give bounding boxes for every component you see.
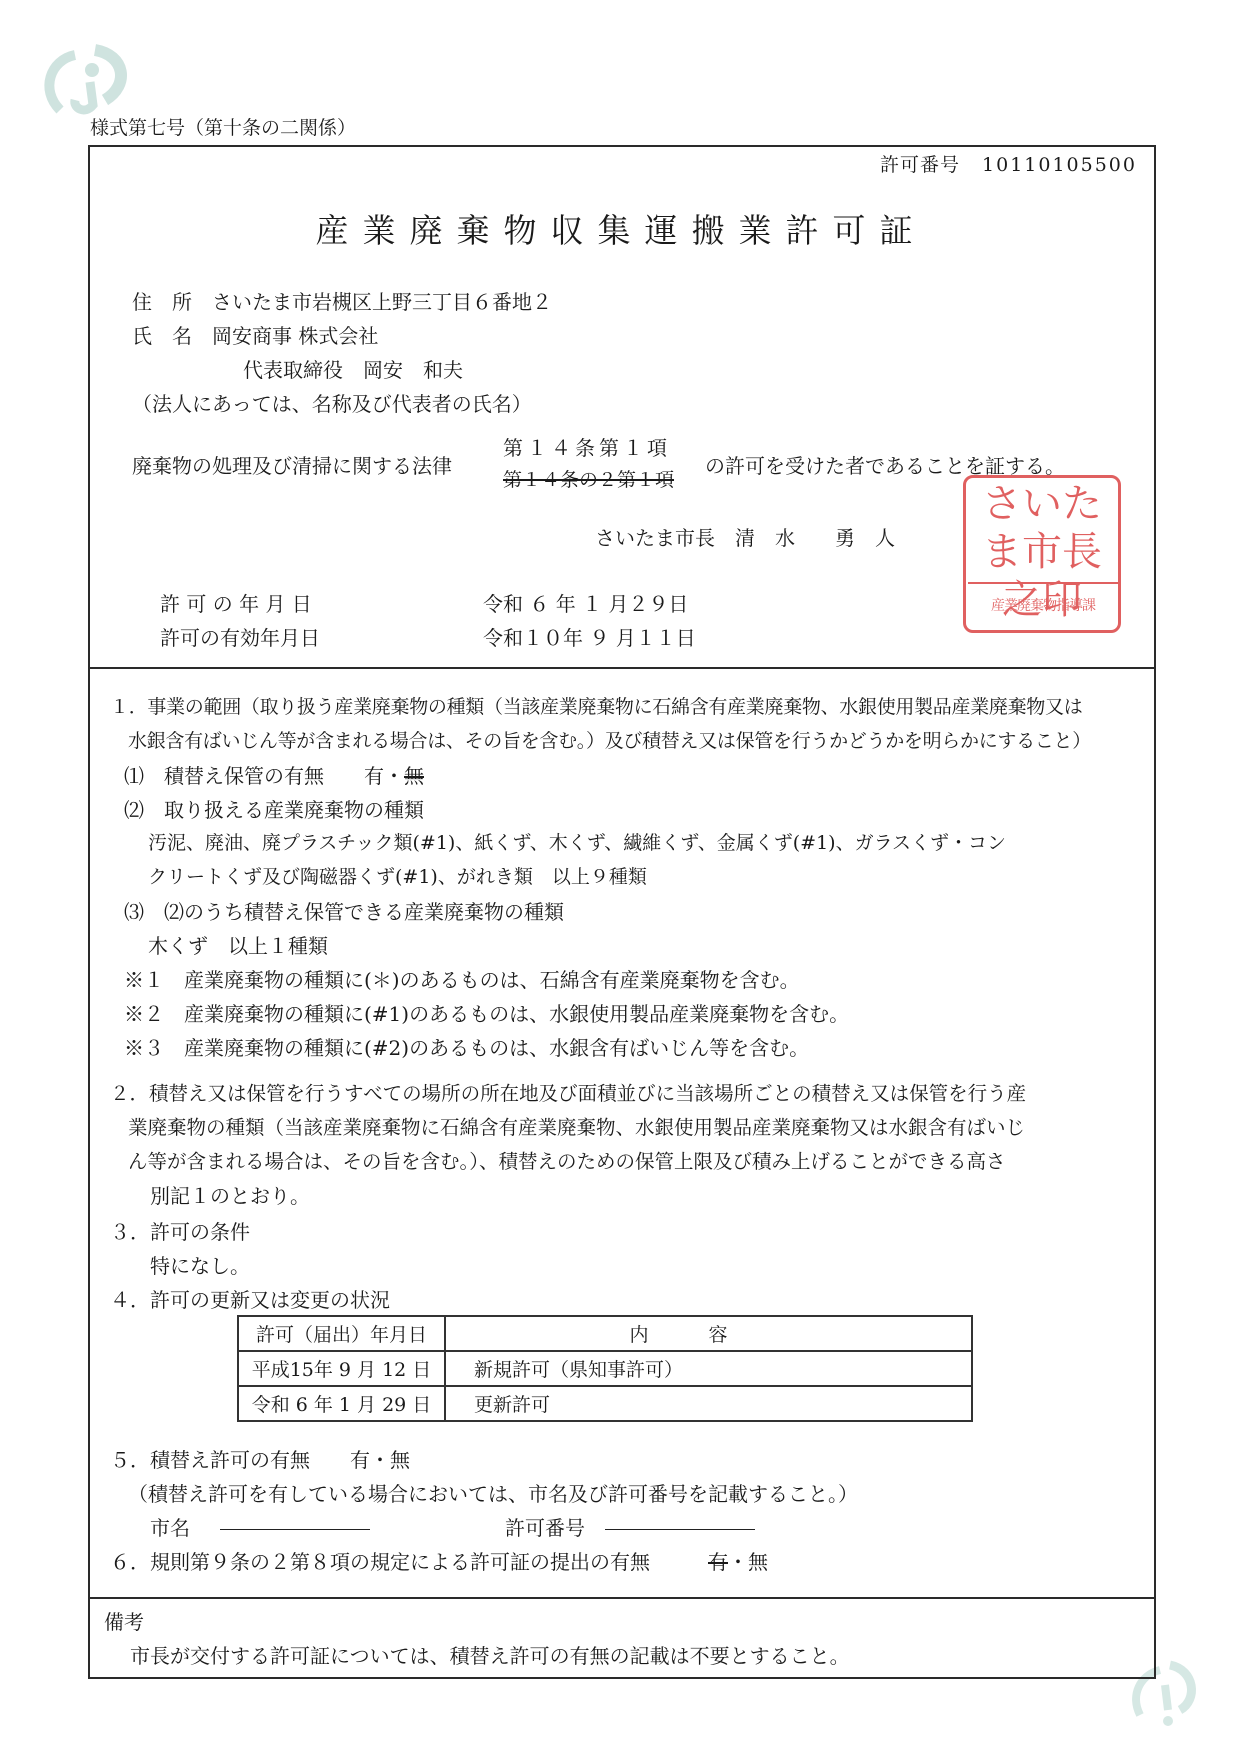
issuer-name: 清 水 勇 人 xyxy=(735,526,895,550)
divider-header xyxy=(88,667,1156,669)
remarks-label: 備考 xyxy=(104,1606,144,1635)
section1-line1: １．事業の範囲（取り扱う産業廃棄物の種類（当該産業廃棄物に石綿含有産業廃棄物、水… xyxy=(110,692,1082,719)
permit-blank-line xyxy=(605,1529,755,1530)
section2-value: 別記１のとおり。 xyxy=(150,1180,310,1209)
history-table: 許可（届出）年月日 内容 平成15年 9 月 12 日 新規許可（県知事許可） … xyxy=(237,1315,973,1422)
section2-line3: ん等が含まれる場合は、その旨を含む。）、積替えのための保管上限及び積み上げること… xyxy=(128,1146,1006,1174)
holder-note: （法人にあっては、名称及び代表者の氏名） xyxy=(132,388,532,417)
row-content: 更新許可 xyxy=(445,1386,972,1421)
article-struck: 第１４条の２第１項 xyxy=(503,465,674,492)
permit-number-label: 許可番号 xyxy=(880,154,960,176)
section1-1-label: ⑴ 積替え保管の有無 xyxy=(124,764,324,788)
section6-yes-struck: 有 xyxy=(708,1550,728,1574)
section5-value: 有・無 xyxy=(350,1448,410,1472)
permit-number-value: 10110105500 xyxy=(982,154,1137,176)
section6-label: ６．規則第９条の２第８項の規定による許可証の提出の有無 xyxy=(110,1550,650,1574)
issuer: さいたま市長 清 水 勇 人 xyxy=(595,522,895,551)
address-value: さいたま市岩槻区上野三丁目６番地２ xyxy=(212,290,552,314)
company-name: 岡安商事 株式会社 xyxy=(212,324,378,348)
section1-3-label: ⑶ ⑵のうち積替え保管できる産業廃棄物の種類 xyxy=(124,896,564,925)
article-applied: 第１４条第１項 xyxy=(503,432,671,461)
header-date: 許可（届出）年月日 xyxy=(238,1316,445,1351)
table-row: 平成15年 9 月 12 日 新規許可（県知事許可） xyxy=(238,1351,972,1386)
representative-row: 代表取締役 岡安 和夫 xyxy=(243,354,463,383)
footnote-3: ※３ 産業廃棄物の種類に(#2)のあるものは、水銀含有ばいじん等を含む。 xyxy=(124,1032,809,1061)
representative-title: 代表取締役 xyxy=(243,358,343,382)
section5-city: 市名 xyxy=(150,1512,370,1541)
footnote-2: ※２ 産業廃棄物の種類に(#1)のあるものは、水銀使用製品産業廃棄物を含む。 xyxy=(124,998,849,1027)
expiry-date-label: 許可の有効年月日 xyxy=(160,622,320,651)
section1-2-line2: クリートくず及び陶磁器くず(#1)、がれき類 以上９種類 xyxy=(148,862,647,889)
remarks-text: 市長が交付する許可証については、積替え許可の有無の記載は不要とすること。 xyxy=(130,1640,850,1669)
section2-line1: ２．積替え又は保管を行うすべての場所の所在地及び面積並びに当該場所ごとの積替え又… xyxy=(110,1078,1026,1106)
expiry-date-value: 令和１０年 ９ 月１１日 xyxy=(483,622,696,651)
section5: ５．積替え許可の有無有・無 xyxy=(110,1444,410,1473)
official-seal: さいたま市長之印 産業廃棄物指導課 xyxy=(963,475,1121,633)
section3-value: 特になし。 xyxy=(150,1250,250,1279)
name-label: 氏 名 xyxy=(132,324,192,348)
section1-3-value: 木くず 以上１種類 xyxy=(148,930,328,959)
representative-name: 岡安 和夫 xyxy=(363,358,463,382)
section1-1-no-struck: 無 xyxy=(404,764,424,788)
row-date: 令和 6 年 1 月 29 日 xyxy=(238,1386,445,1421)
section5-label: ５．積替え許可の有無 xyxy=(110,1448,310,1472)
address-row: 住 所 さいたま市岩槻区上野三丁目６番地２ xyxy=(132,286,552,315)
section1-1: ⑴ 積替え保管の有無有・無 xyxy=(124,760,424,789)
law-text: 廃棄物の処理及び清掃に関する法律 xyxy=(132,450,452,479)
permit-date-value: 令和 ６ 年 １ 月２９日 xyxy=(483,588,688,617)
table-row: 令和 6 年 1 月 29 日 更新許可 xyxy=(238,1386,972,1421)
history-table-header: 許可（届出）年月日 内容 xyxy=(238,1316,972,1351)
city-blank-line xyxy=(220,1529,370,1530)
section5-note: （積替え許可を有している場合においては、市名及び許可番号を記載すること。） xyxy=(128,1478,858,1507)
seal-top-text: さいたま市長之印 xyxy=(970,480,1114,580)
section6: ６．規則第９条の２第８項の規定による許可証の提出の有無有・無 xyxy=(110,1546,768,1575)
section2-line2: 業廃棄物の種類（当該産業廃棄物に石綿含有産業廃棄物、水銀使用製品産業廃棄物又は水… xyxy=(128,1112,1025,1140)
row-date: 平成15年 9 月 12 日 xyxy=(238,1351,445,1386)
section1-line2: 水銀含有ばいじん等が含まれる場合は、その旨を含む。）及び積替え又は保管を行うかど… xyxy=(128,726,1091,753)
section5-permit-label: 許可番号 xyxy=(505,1516,585,1540)
seal-bottom-text: 産業廃棄物指導課 xyxy=(968,582,1118,628)
form-label: 様式第七号（第十条の二関係） xyxy=(90,113,356,140)
section1-2-label: ⑵ 取り扱える産業廃棄物の種類 xyxy=(124,794,424,823)
section6-no: ・無 xyxy=(728,1550,768,1574)
section4-label: ４．許可の更新又は変更の状況 xyxy=(110,1284,390,1313)
section1-1-yes: 有・ xyxy=(364,764,404,788)
section3-label: ３．許可の条件 xyxy=(110,1216,250,1245)
document-title: 産業廃棄物収集運搬業許可証 xyxy=(0,205,1242,252)
section1-2-line1: 汚泥、廃油、廃プラスチック類(#1)、紙くず、木くず、繊維くず、金属くず(#1)… xyxy=(148,828,1006,855)
row-content: 新規許可（県知事許可） xyxy=(445,1351,972,1386)
permit-number: 許可番号10110105500 xyxy=(880,150,1137,177)
footnote-1: ※１ 産業廃棄物の種類に(＊)のあるものは、石綿含有産業廃棄物を含む。 xyxy=(124,964,800,993)
issuer-title: さいたま市長 xyxy=(595,526,715,550)
section5-city-label: 市名 xyxy=(150,1516,190,1540)
permit-date-label: 許 可 の 年 月 日 xyxy=(160,588,312,617)
section5-permit: 許可番号 xyxy=(505,1512,755,1541)
header-content: 内容 xyxy=(445,1316,972,1351)
address-label: 住 所 xyxy=(132,290,192,314)
name-row: 氏 名 岡安商事 株式会社 xyxy=(132,320,378,349)
divider-remarks xyxy=(88,1597,1156,1599)
